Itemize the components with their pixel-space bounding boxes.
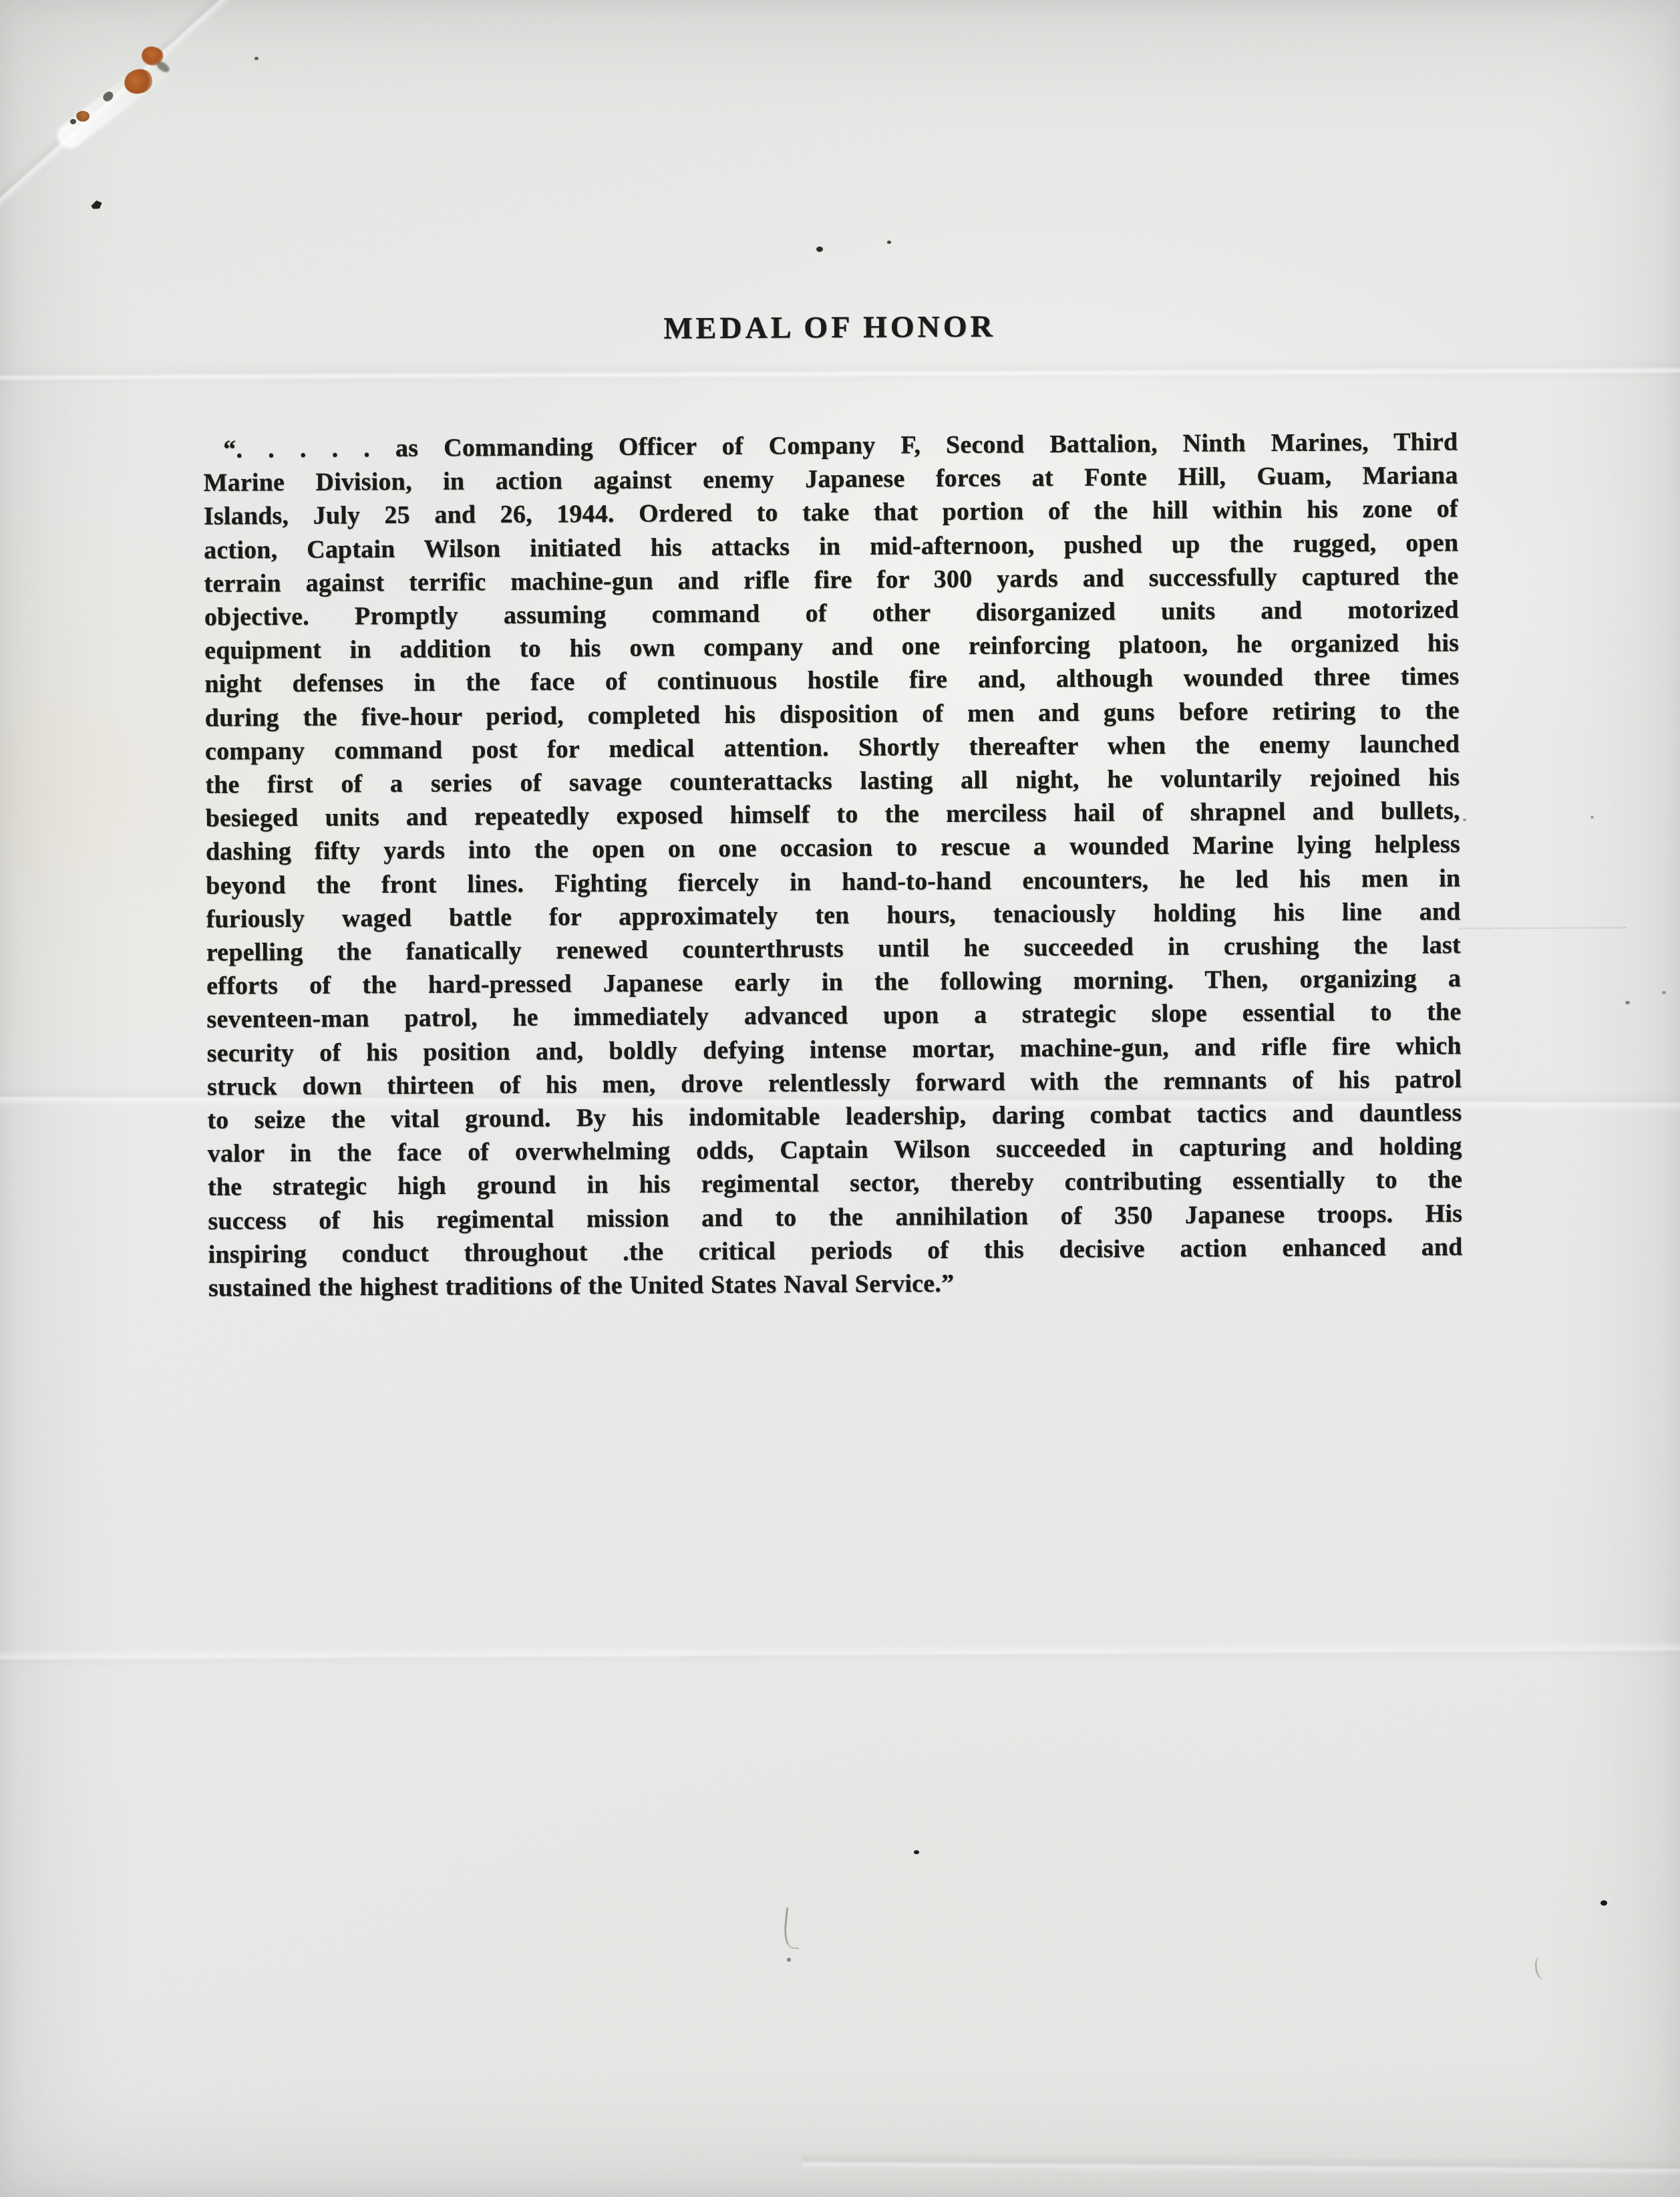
- citation-body: “. . . . . as Commanding Officer of Comp…: [203, 425, 1463, 1305]
- rust-stain: [122, 67, 154, 96]
- ink-speck: [787, 1958, 791, 1962]
- ink-speck: [1601, 1900, 1607, 1906]
- pencil-squiggle: [782, 1908, 803, 1949]
- fold-crease-bottom: [0, 1640, 1680, 1668]
- staple-scratch-streak: [52, 45, 181, 154]
- crease-speck-trail: [1459, 927, 1626, 929]
- corner-crease: [0, 0, 255, 212]
- rust-stain-shadow: [155, 59, 172, 74]
- ink-speck: [816, 247, 823, 252]
- ink-speck: [914, 1850, 919, 1854]
- ink-smudge: [70, 119, 76, 124]
- ink-speck: [90, 200, 103, 210]
- citation-content: MEDAL OF HONOR “. . . . . as Commanding …: [202, 305, 1463, 1305]
- scanned-page: MEDAL OF HONOR “. . . . . as Commanding …: [0, 0, 1680, 2197]
- rust-stain: [76, 111, 90, 122]
- fold-crease-bottom-edge: [802, 2152, 1680, 2176]
- ink-speck: [887, 241, 891, 244]
- ink-speck: [1590, 816, 1594, 819]
- ink-speck: [1625, 1001, 1630, 1004]
- ink-speck: [255, 57, 259, 60]
- faint-curl-mark: [1533, 1956, 1550, 1981]
- document-title: MEDAL OF HONOR: [202, 305, 1457, 349]
- ink-smudge: [102, 90, 115, 103]
- ink-speck: [1463, 819, 1466, 821]
- rust-stain: [140, 44, 165, 67]
- ink-speck: [1662, 991, 1666, 994]
- citation-line: sustained the highest traditions of the …: [208, 1264, 1463, 1305]
